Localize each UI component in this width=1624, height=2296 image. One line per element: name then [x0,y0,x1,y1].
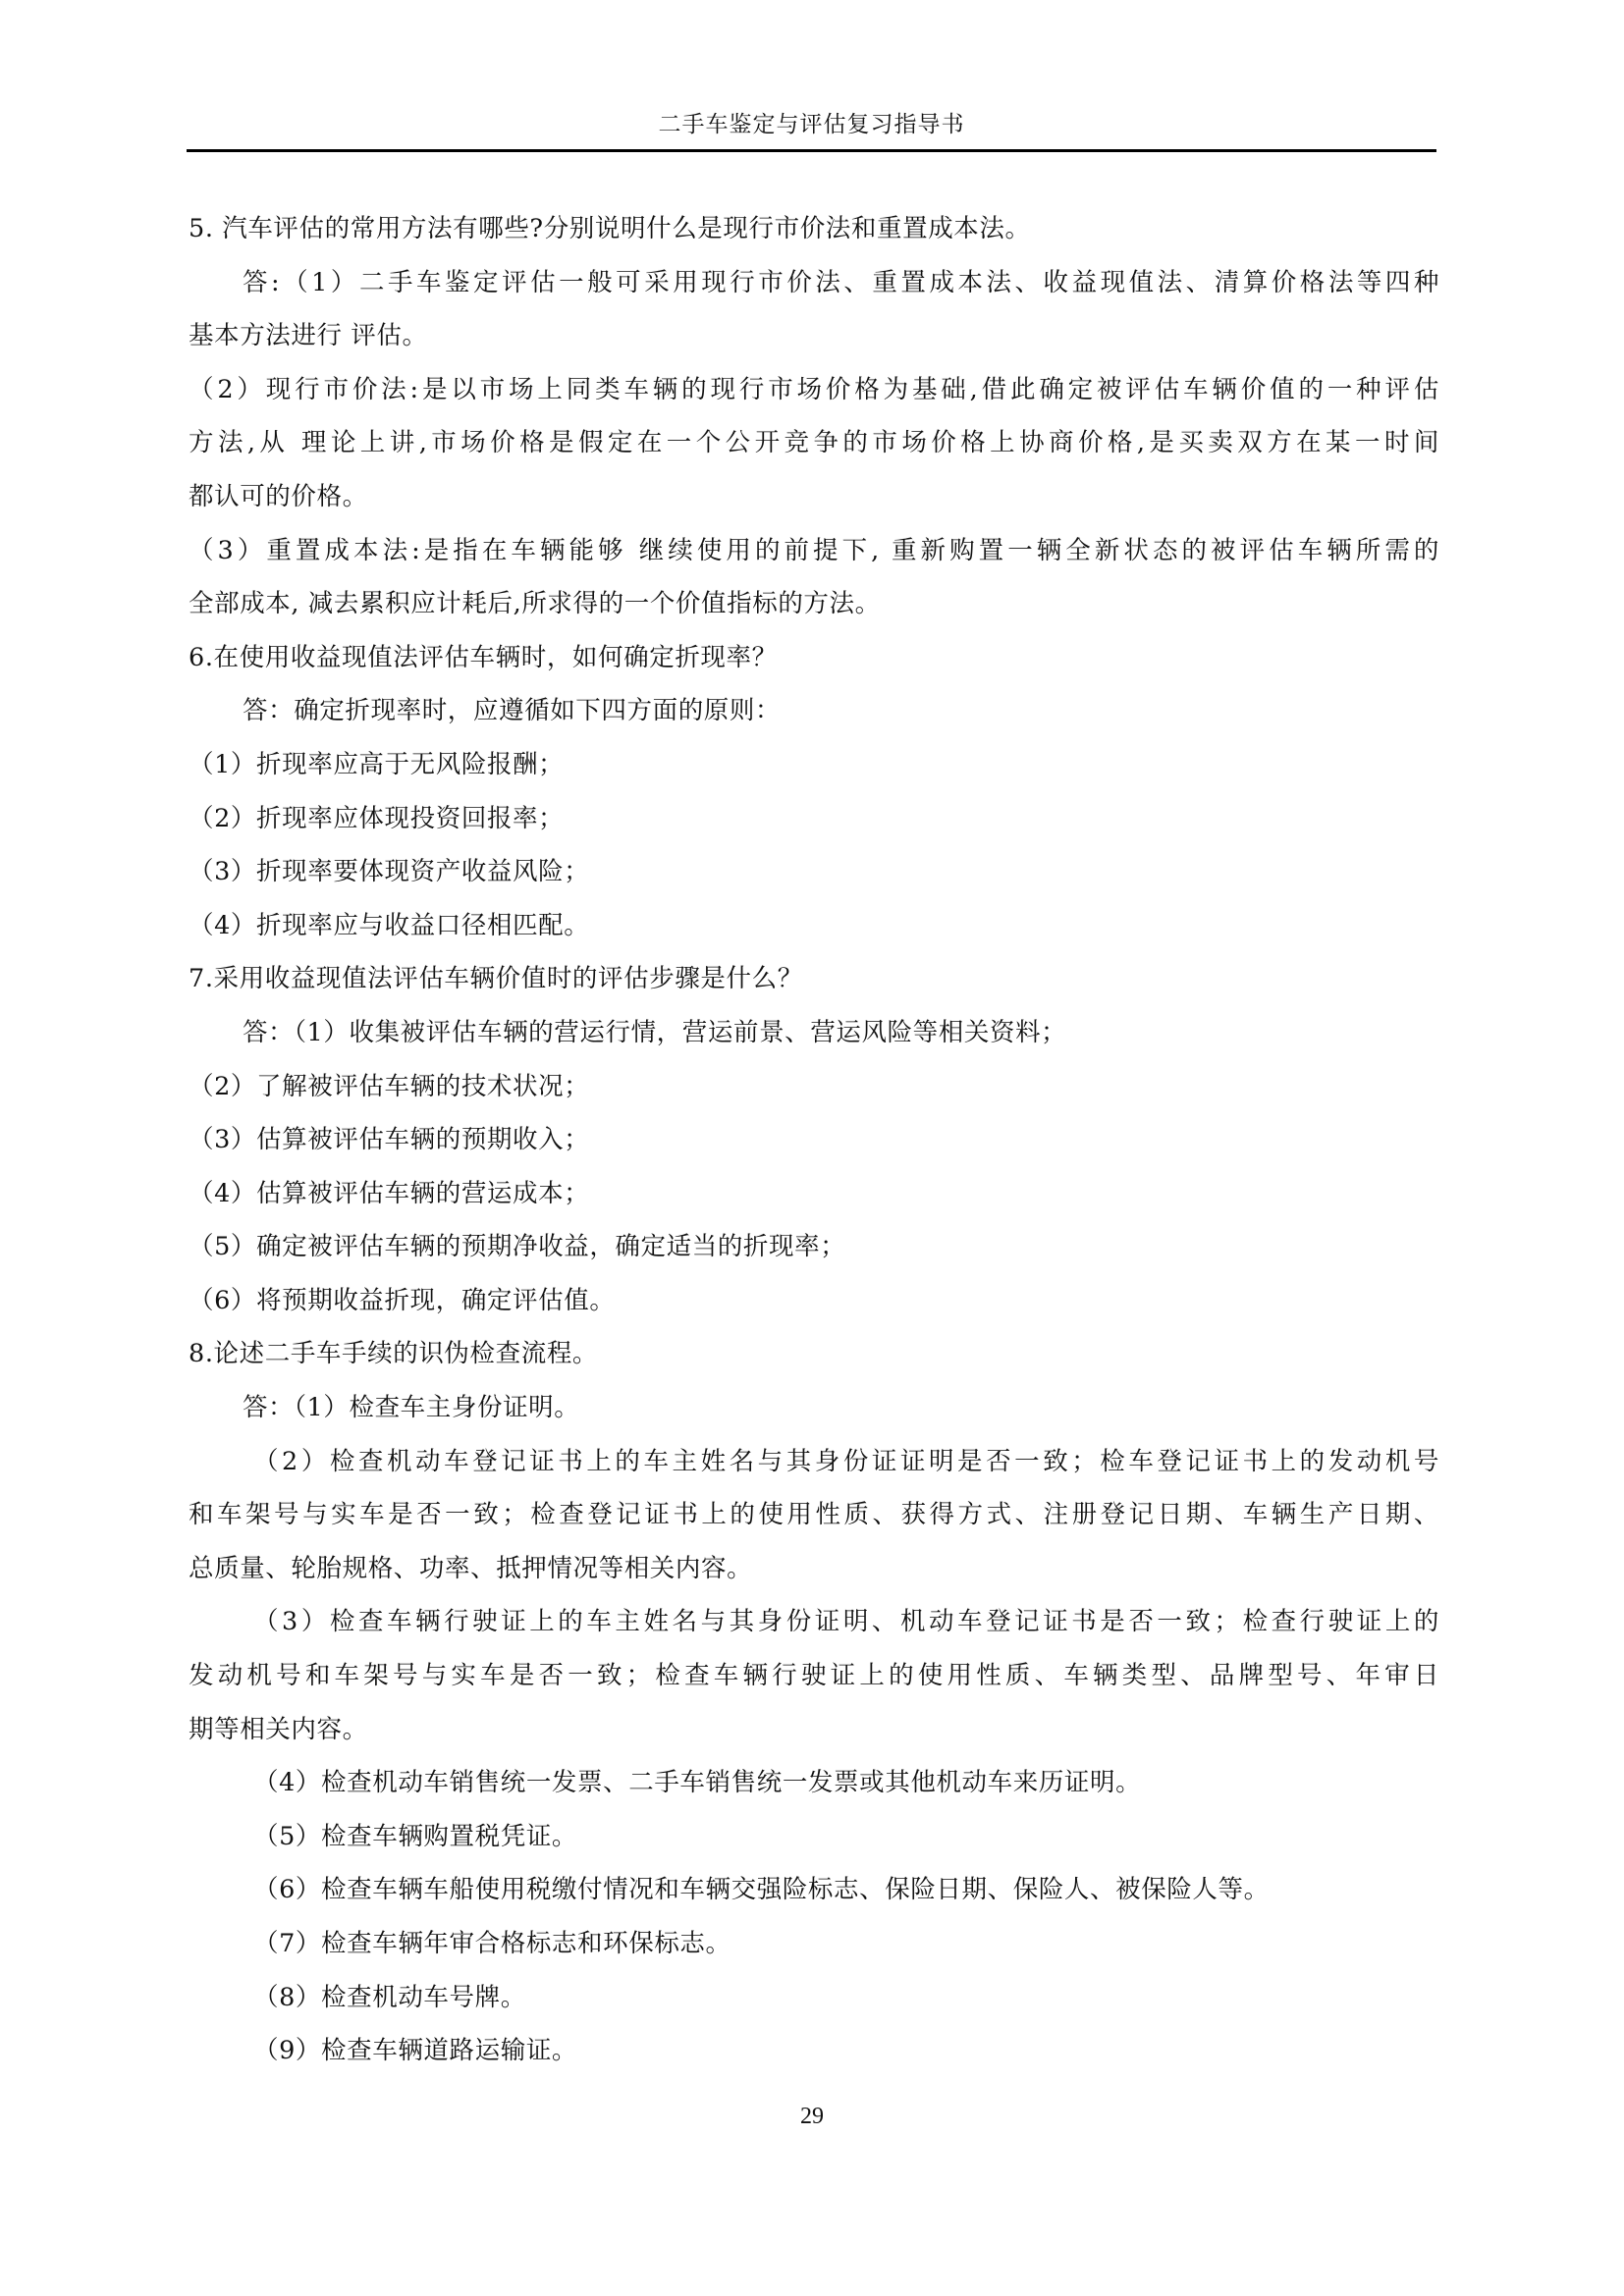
question-6-title: 6.在使用收益现值法评估车辆时，如何确定折现率？ [189,631,1439,685]
answer-6-item: （4）折现率应与收益口径相匹配。 [189,899,1439,953]
answer-8-item: （5）检查车辆购置税凭证。 [189,1810,1439,1864]
answer-7-item: （3）估算被评估车辆的预期收入； [189,1113,1439,1167]
question-7-title: 7.采用收益现值法评估车辆价值时的评估步骤是什么？ [189,952,1439,1006]
document-page: 二手车鉴定与评估复习指导书 5. 汽车评估的常用方法有哪些?分别说明什么是现行市… [0,0,1624,2296]
answer-7-item: （4）估算被评估车辆的营运成本； [189,1167,1439,1221]
answer-5-item-2-cont: 方法,从 理论上讲,市场价格是假定在一个公开竞争的市场价格上协商价格,是买卖双方… [189,416,1439,470]
answer-8-item: （9）检查车辆道路运输证。 [189,2024,1439,2078]
answer-8-item: （4）检查机动车销售统一发票、二手车销售统一发票或其他机动车来历证明。 [189,1756,1439,1810]
answer-6-item: （2）折现率应体现投资回报率； [189,792,1439,846]
answer-8-item: （2）检查机动车登记证书上的车主姓名与其身份证证明是否一致；检车登记证书上的发动… [189,1435,1439,1489]
answer-8-item: （8）检查机动车号牌。 [189,1971,1439,2025]
answer-8-item-cont: 期等相关内容。 [189,1703,1439,1757]
answer-8-item: 答：（1）检查车主身份证明。 [189,1381,1439,1435]
answer-7-item: 答：（1）收集被评估车辆的营运行情，营运前景、营运风险等相关资料； [189,1006,1439,1060]
answer-5-item-3-cont: 全部成本, 减去累积应计耗后,所求得的一个价值指标的方法。 [189,577,1439,631]
answer-5-item-1: 答:（1）二手车鉴定评估一般可采用现行市价法、重置成本法、收益现值法、清算价格法… [189,256,1439,310]
page-number: 29 [0,2104,1624,2130]
answer-6-item: （1）折现率应高于无风险报酬； [189,738,1439,792]
answer-5-item-2-cont: 都认可的价格。 [189,470,1439,524]
running-header: 二手车鉴定与评估复习指导书 [187,110,1436,139]
answer-8-item: （3）检查车辆行驶证上的车主姓名与其身份证明、机动车登记证书是否一致；检查行驶证… [189,1595,1439,1649]
answer-8-item: （7）检查车辆年审合格标志和环保标志。 [189,1917,1439,1971]
question-5-title: 5. 汽车评估的常用方法有哪些?分别说明什么是现行市价法和重置成本法。 [189,202,1439,256]
answer-5-item-2: （2）现行市价法:是以市场上同类车辆的现行市场价格为基础,借此确定被评估车辆价值… [189,363,1439,417]
answer-7-item: （5）确定被评估车辆的预期净收益，确定适当的折现率； [189,1220,1439,1274]
answer-5-item-1-cont: 基本方法进行 评估。 [189,309,1439,363]
header-rule [187,149,1436,152]
answer-7-item: （6）将预期收益折现，确定评估值。 [189,1274,1439,1328]
answer-8-item-cont: 总质量、轮胎规格、功率、抵押情况等相关内容。 [189,1542,1439,1596]
answer-5-item-3: （3）重置成本法:是指在车辆能够 继续使用的前提下, 重新购置一辆全新状态的被评… [189,524,1439,578]
answer-8-item-cont: 和车架号与实车是否一致；检查登记证书上的使用性质、获得方式、注册登记日期、车辆生… [189,1488,1439,1542]
answer-6-item: （3）折现率要体现资产收益风险； [189,845,1439,899]
answer-7-item: （2）了解被评估车辆的技术状况； [189,1060,1439,1114]
answer-8-item-cont: 发动机号和车架号与实车是否一致；检查车辆行驶证上的使用性质、车辆类型、品牌型号、… [189,1649,1439,1703]
page-body: 5. 汽车评估的常用方法有哪些?分别说明什么是现行市价法和重置成本法。 答:（1… [189,202,1439,2078]
answer-6-intro: 答：确定折现率时，应遵循如下四方面的原则： [189,684,1439,738]
question-8-title: 8.论述二手车手续的识伪检查流程。 [189,1327,1439,1381]
answer-8-item: （6）检查车辆车船使用税缴付情况和车辆交强险标志、保险日期、保险人、被保险人等。 [189,1863,1439,1917]
